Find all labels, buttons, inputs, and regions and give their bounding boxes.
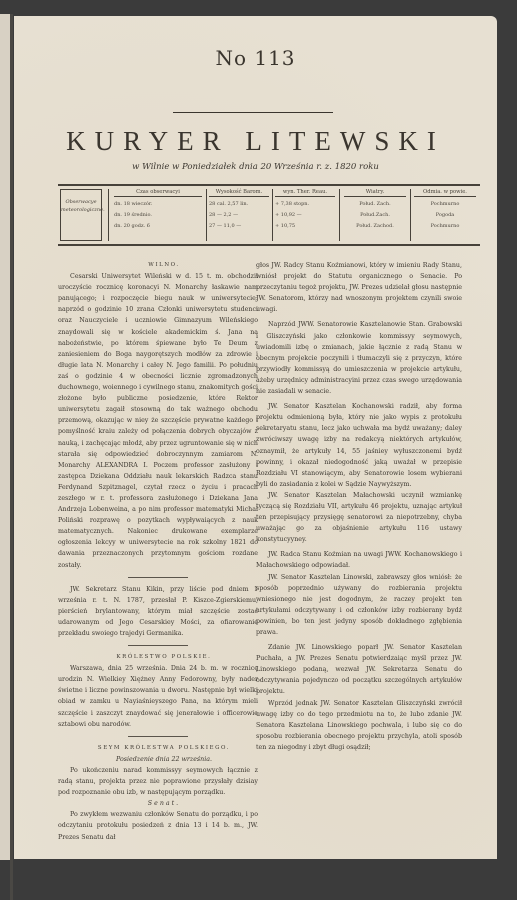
left-column: WILNO. Cesarski Uniwersytet Wileński w d… [58, 260, 258, 843]
article-paragraph: Cesarski Uniwersytet Wileński w d. 15 t.… [58, 271, 258, 571]
article-paragraph: Po ukończeniu narad kommissyy seymowych … [58, 765, 258, 798]
header-thermo: wyn. Ther. Reau. [275, 189, 335, 197]
article-paragraph: JW. Senator Kasztelan Kochanowski radził… [256, 401, 462, 490]
meteo-thermo-col: wyn. Ther. Reau. + 7,38 stopn. + 10,92 —… [275, 189, 335, 241]
header-time: Czas obserwacyi [114, 189, 202, 197]
sky-cell: Pogoda [414, 210, 476, 221]
article-paragraph: głos JW. Radcy Stanu Koźmianowi, który w… [256, 260, 462, 315]
header-baro: Wysokość Barom. [209, 189, 269, 197]
baro-cell: 28 — 2,2 — [209, 210, 269, 221]
section-head-wilno: WILNO. [58, 260, 258, 271]
sub-head-senat: Senat. [58, 798, 258, 809]
article-paragraph: Wprzód jednak JW. Senator Kasztelan Glis… [256, 698, 462, 753]
thermo-cell: + 10,92 — [275, 210, 335, 221]
meteo-sky-col: Odmia. w powie. Pochmurno Pogoda Pochmur… [414, 189, 476, 241]
binding-edge [10, 14, 13, 900]
article-paragraph: Po zwykłem wezwaniu członków Senatu do p… [58, 809, 258, 842]
dateline: w Wilnie w Poniedziałek dnia 20 Września… [14, 162, 497, 172]
thermo-cell: + 7,38 stopn. [275, 199, 335, 210]
table-divider [272, 189, 273, 241]
baro-cell: 27 — 11,0 — [209, 221, 269, 232]
article-paragraph: Zdanie JW. Linowskiego poparł JW. Senato… [256, 642, 462, 697]
table-divider [339, 189, 340, 241]
header-winds: Wiatry. [344, 189, 406, 197]
issue-number: No 113 [14, 46, 497, 70]
issue-prefix: No [215, 46, 247, 70]
baro-cell: 28 cal. 2,57 lin. [209, 199, 269, 210]
section-separator [128, 645, 188, 646]
thermo-cell: + 10,75 [275, 221, 335, 232]
newspaper-page: No 113 KURYER LITEWSKI w Wilnie w Ponied… [14, 16, 497, 859]
table-divider [410, 189, 411, 241]
meteo-time-col: Czas obserwacyi dn. 18 wieczór. dn. 19 ś… [114, 189, 202, 241]
section-separator [128, 736, 188, 737]
time-cell: dn. 20 godz. 6 [114, 221, 202, 232]
article-paragraph: JW. Sekretarz Stanu Kikin, przy liście p… [58, 584, 258, 639]
section-separator [128, 577, 188, 578]
sky-cell: Pochmurno [414, 199, 476, 210]
masthead-rule [173, 112, 333, 113]
right-column: głos JW. Radcy Stanu Koźmianowi, który w… [256, 260, 462, 753]
sky-cell: Pochmurno [414, 221, 476, 232]
article-paragraph: JW. Senator Kasztelan Linowski, zabrawsz… [256, 572, 462, 639]
meteo-baro-col: Wysokość Barom. 28 cal. 2,57 lin. 28 — 2… [209, 189, 269, 241]
article-paragraph: JW. Senator Kasztelan Małachowski uczyni… [256, 490, 462, 545]
wind-cell: Połud.Zach. [344, 210, 406, 221]
wind-cell: Połud. Zach. [344, 199, 406, 210]
meteo-winds-col: Wiatry. Połud. Zach. Połud.Zach. Połud. … [344, 189, 406, 241]
meteorological-table: Obserwacye meteorologiczne. Czas obserwa… [58, 184, 480, 246]
header-sky: Odmia. w powie. [414, 189, 476, 197]
section-head-krolestwo: KRÓLESTWO POLSKIE. [58, 652, 258, 663]
table-divider [108, 189, 109, 241]
table-divider [206, 189, 207, 241]
time-cell: dn. 18 wieczór. [114, 199, 202, 210]
article-paragraph: Warszawa, dnia 25 września. Dnia 24 b. m… [58, 663, 258, 730]
section-head-seym: SEYM KRÓLESTWA POLSKIEGO. [58, 743, 258, 754]
article-paragraph: Naprzód JWW. Senatorowie Kasztelanowie S… [256, 319, 462, 397]
wind-cell: Połud. Zachod. [344, 221, 406, 232]
article-paragraph: JW. Radca Stanu Koźmian na uwagi JWW. Ko… [256, 549, 462, 571]
time-cell: dn. 19 średnio. [114, 210, 202, 221]
newspaper-title: KURYER LITEWSKI [14, 126, 497, 157]
sub-head-posiedzenie: Posiedzenie dnia 22 września. [58, 754, 258, 765]
meteo-label: Obserwacye meteorologiczne. [60, 189, 102, 241]
issue-number-value: 113 [254, 46, 295, 70]
